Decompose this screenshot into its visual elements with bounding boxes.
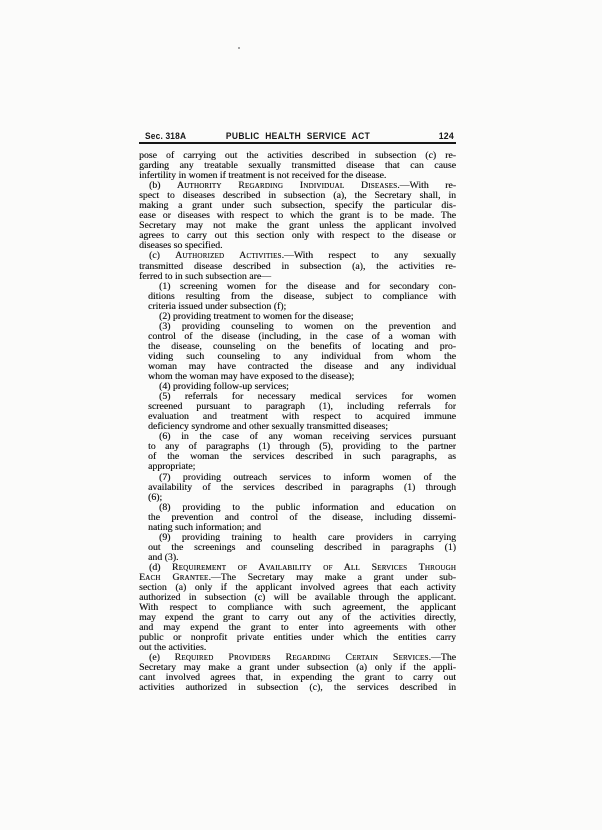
text-line: screened pursuant to paragraph (1), incl… [139,402,456,412]
text-line: ease or diseases with respect to which t… [139,211,456,221]
text-line: spect to diseases described in subsectio… [139,191,456,201]
text-line: out the activities. [139,643,456,653]
text-line: ferred to in such subsection are— [139,272,456,282]
text-line: authorized in subsection (c) will be ava… [139,593,456,603]
scan-speck [238,47,240,49]
text-line: infertility in women if treatment is not… [139,171,456,181]
page-body: pose of carrying out the activities desc… [139,151,456,694]
text-line: making a grant under such subsection, sp… [139,201,456,211]
text-line: transmitted disease described in subsect… [139,262,456,272]
text-line: (c) Authorized Activities.—With respect … [139,251,456,261]
text-line: With respect to compliance with such agr… [139,603,456,613]
text-line: agrees to carry out this section only wi… [139,231,456,241]
text-line: section (a) only if the applicant involv… [139,583,456,593]
text-line: the prevention and control of the diseas… [139,513,456,523]
text-line: (2) providing treatment to women for the… [139,312,456,322]
page-number: 124 [439,131,454,141]
document-page: Sec. 318A PUBLIC HEALTH SERVICE ACT 124 … [0,0,602,830]
text-line: evaluation and treatment with respect to… [139,412,456,422]
header-rule [139,142,456,144]
small-caps-heading: Each Grantee [139,573,208,583]
text-line: woman may have contracted the disease an… [139,362,456,372]
text-line: Secretary may not make the grant unless … [139,221,456,231]
text-line: (5) referrals for necessary medical serv… [139,392,456,402]
text-line: control of the disease (including, in th… [139,332,456,342]
text-line: (6); [139,493,456,503]
text-line: may expend the grant to carry out any of… [139,613,456,623]
text-line: (9) providing training to health care pr… [139,533,456,543]
running-title: PUBLIC HEALTH SERVICE ACT [225,131,369,141]
small-caps-heading: Required Providers Regarding Certain Ser… [175,653,429,663]
text-line: deficiency syndrome and other sexually t… [139,422,456,432]
text-line: appropriate; [139,462,456,472]
text-line: public or nonprofit private entities und… [139,633,456,643]
text-line: (b) Authority Regarding Individual Disea… [139,181,456,191]
text-line: out the screenings and counseling descri… [139,543,456,553]
text-line: viding such counseling to any individual… [139,352,456,362]
text-line: Each Grantee.—The Secretary may make a g… [139,573,456,583]
text-line: (d) Requirement of Availability of All S… [139,563,456,573]
page-header: Sec. 318A PUBLIC HEALTH SERVICE ACT 124 [139,130,456,142]
text-line: and (3). [139,553,456,563]
text-line: (1) screening women for the disease and … [139,282,456,292]
text-line: the disease, counseling on the benefits … [139,342,456,352]
small-caps-heading: Authorized Activities [175,251,282,261]
text-line: whom the woman may have exposed to the d… [139,372,456,382]
text-line: activities authorized in subsection (c),… [139,683,456,693]
text-line: ditions resulting from the disease, subj… [139,292,456,302]
text-line: to any of paragraphs (1) through (5), pr… [139,442,456,452]
small-caps-heading: Authority Regarding Individual Diseases [177,181,397,191]
text-line: nating such information; and [139,523,456,533]
text-line: (7) providing outreach services to infor… [139,473,456,483]
text-line: pose of carrying out the activities desc… [139,151,456,161]
text-line: and may expend the grant to enter into a… [139,623,456,633]
text-line: garding any treatable sexually transmitt… [139,161,456,171]
text-line: availability of the services described i… [139,483,456,493]
text-line: (8) providing to the public information … [139,503,456,513]
small-caps-heading: Requirement of Availability of All Servi… [172,563,456,573]
text-line: (3) providing counseling to women on the… [139,322,456,332]
text-line: cant involved agrees that, in expending … [139,673,456,683]
section-label: Sec. 318A [145,131,186,141]
text-line: Secretary may make a grant under subsect… [139,663,456,673]
text-line: of the woman the services described in s… [139,452,456,462]
text-line: criteria issued under subsection (f); [139,302,456,312]
text-line: diseases so specified. [139,241,456,251]
text-line: (6) in the case of any woman receiving s… [139,432,456,442]
text-line: (4) providing follow-up services; [139,382,456,392]
text-line: (e) Required Providers Regarding Certain… [139,653,456,663]
